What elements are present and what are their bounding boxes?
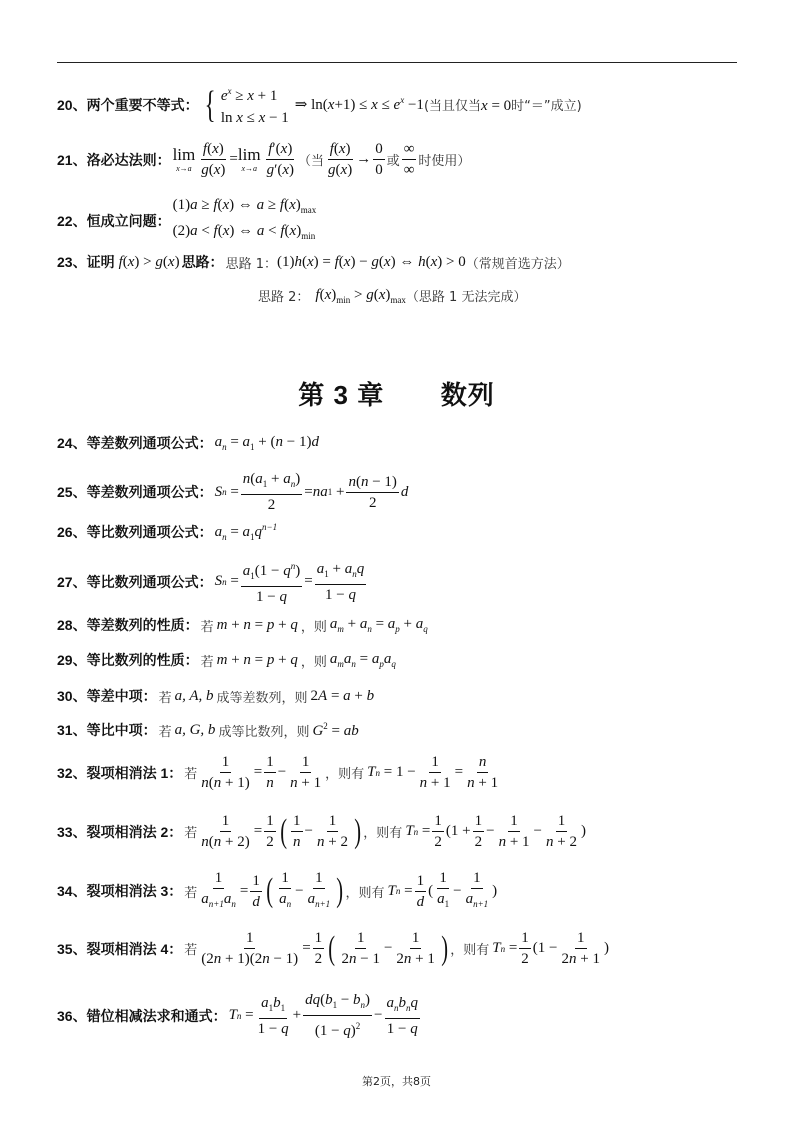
idea-1-note: （常规首选方法） — [466, 253, 570, 272]
item-label: 23、证明 — [57, 252, 115, 272]
then-text: ，则有 — [450, 939, 489, 958]
if-text: 若 — [184, 822, 197, 841]
item-label: 29、等比数列的性质： — [57, 650, 199, 670]
page-footer: 第2页，共8页 — [0, 1073, 793, 1089]
item-label: 33、裂项相消法 2： — [57, 822, 182, 842]
formula: an = a1 + (n − 1)d — [215, 434, 319, 452]
item-label: 32、裂项相消法 1： — [57, 763, 182, 783]
item-label: 31、等比中项： — [57, 720, 157, 740]
item-label: 30、等差中项： — [57, 686, 157, 706]
inequality-system: ex ≥ x + 1 ln x ≤ x − 1 — [221, 80, 289, 129]
then-text: ，则 — [301, 616, 327, 635]
constant-condition-rules: (1)a ≥ f(x) ⇔ a ≥ f(x)max (2)a < f(x) ⇔ … — [173, 195, 317, 247]
item-label: 24、等差数列通项公式： — [57, 433, 213, 453]
chapter-title: 数列 — [441, 375, 495, 412]
item-28: 28、等差数列的性质： 若 m + n = p + q ，则 am + an =… — [57, 615, 428, 635]
item-label: 21、洛必达法则： — [57, 150, 171, 170]
chapter-number: 第 3 章 — [298, 375, 384, 412]
then-text: ，则有 — [346, 882, 385, 901]
header-rule — [57, 62, 737, 63]
mid-text: 成等比数列，则 — [218, 721, 309, 740]
item-27: 27、等比数列通项公式： Sn = a1(1 − qn)1 − q = a1 +… — [57, 557, 368, 606]
idea-2-label: 思路 2： — [258, 286, 309, 305]
if-text: 若 — [201, 651, 214, 670]
proof-target: f(x) > g(x) — [119, 254, 180, 271]
item-23: 23、证明 f(x) > g(x) 思路： 思路 1： (1)h(x) = f(… — [57, 252, 570, 272]
item-label: 25、等差数列通项公式： — [57, 482, 213, 502]
idea-1-label: 思路 1： — [226, 253, 277, 272]
formula: Sn = n(a1 + an)2 = na1 + n(n − 1)2 d — [215, 470, 409, 514]
condition: m + n = p + q — [217, 617, 298, 634]
item-25: 25、等差数列通项公式： Sn = n(a1 + an)2 = na1 + n(… — [57, 470, 408, 514]
item-label: 26、等比数列通项公式： — [57, 522, 213, 542]
if-text: 若 — [159, 721, 172, 740]
inequality-note: (当且仅当x = 0时“＝”成立) — [424, 95, 582, 115]
result: am + an = ap + aq — [330, 616, 428, 634]
idea-1-formula: (1)h(x) = f(x) − g(x) ⇔ h(x) > 0 — [277, 254, 466, 271]
lhopital-formula: limx→a f(x)g(x) = limx→a f′(x)g′(x) （当 f… — [173, 140, 471, 179]
item-21: 21、洛必达法则： limx→a f(x)g(x) = limx→a f′(x)… — [57, 140, 470, 179]
variables: a, G, b — [175, 722, 216, 739]
formula: Tn = a1b11 − q+ dq(b1 − bn)(1 − q)2− anb… — [229, 991, 422, 1040]
item-36: 36、错位相减法求和通式： Tn = a1b11 − q+ dq(b1 − bn… — [57, 991, 422, 1040]
if-text: 若 — [184, 763, 197, 782]
item-label-suffix: 思路： — [182, 252, 224, 272]
left-brace: { — [204, 86, 215, 124]
variables: a, A, b — [175, 688, 214, 705]
result: 2A = a + b — [311, 688, 375, 705]
if-text: 若 — [184, 882, 197, 901]
formula: an = a1qn−1 — [215, 522, 278, 542]
if-text: 若 — [201, 616, 214, 635]
inequality-result: ⇒ ln(x+1) ≤ x ≤ ex −1 — [295, 95, 424, 114]
chapter-heading: 第 3 章 数列 — [0, 375, 793, 412]
formula: 1an+1an= 1d ( 1an− 1an+1 ) — [197, 869, 345, 913]
idea-2-note: （思路 1 无法完成） — [406, 286, 527, 305]
item-label: 34、裂项相消法 3： — [57, 881, 182, 901]
result: Tn = 12(1 − 12n + 1) — [492, 929, 609, 968]
then-text: ，则 — [301, 651, 327, 670]
item-label: 20、两个重要不等式： — [57, 95, 199, 115]
formula: 1n(n + 2)= 12 ( 1n− 1n + 2 ) — [197, 812, 363, 851]
result: aman = apaq — [330, 651, 396, 669]
item-label: 22、恒成立问题： — [57, 211, 171, 231]
item-label: 28、等差数列的性质： — [57, 615, 199, 635]
item-22: 22、恒成立问题： (1)a ≥ f(x) ⇔ a ≥ f(x)max (2)a… — [57, 195, 316, 247]
result: Tn = 1 − 1n + 1= nn + 1 — [367, 753, 502, 792]
result: Tn = 12(1 + 12− 1n + 1− 1n + 2) — [405, 812, 586, 851]
item-label: 27、等比数列通项公式： — [57, 572, 213, 592]
result: Tn = 1d( 1a1− 1an+1) — [388, 869, 498, 913]
formula: Sn = a1(1 − qn)1 − q = a1 + anq1 − q — [215, 557, 369, 606]
item-20: 20、两个重要不等式： { ex ≥ x + 1 ln x ≤ x − 1 ⇒ … — [57, 80, 582, 129]
item-32: 32、裂项相消法 1： 若 1n(n + 1)= 1n− 1n + 1 ，则有 … — [57, 753, 502, 792]
item-31: 31、等比中项： 若 a, G, b 成等比数列，则 G2 = ab — [57, 720, 359, 740]
item-24: 24、等差数列通项公式： an = a1 + (n − 1)d — [57, 433, 319, 453]
item-label: 36、错位相减法求和通式： — [57, 1006, 227, 1026]
item-33: 33、裂项相消法 2： 若 1n(n + 2)= 12 ( 1n− 1n + 2… — [57, 812, 586, 851]
formula: 1n(n + 1)= 1n− 1n + 1 — [197, 753, 325, 792]
item-34: 34、裂项相消法 3： 若 1an+1an= 1d ( 1an− 1an+1 )… — [57, 869, 497, 913]
mid-text: 成等差数列，则 — [217, 687, 308, 706]
then-text: ，则有 — [363, 822, 402, 841]
if-text: 若 — [184, 939, 197, 958]
item-35: 35、裂项相消法 4： 若 1(2n + 1)(2n − 1)= 12 ( 12… — [57, 929, 609, 968]
item-26: 26、等比数列通项公式： an = a1qn−1 — [57, 522, 277, 542]
idea-2-formula: f(x)min > g(x)max — [315, 287, 406, 305]
formula: 1(2n + 1)(2n − 1)= 12 ( 12n − 1− 12n + 1… — [197, 929, 450, 968]
item-label: 35、裂项相消法 4： — [57, 939, 182, 959]
item-29: 29、等比数列的性质： 若 m + n = p + q ，则 aman = ap… — [57, 650, 396, 670]
condition: m + n = p + q — [217, 652, 298, 669]
item-23-idea-2: 思路 2： f(x)min > g(x)max （思路 1 无法完成） — [258, 286, 526, 305]
item-30: 30、等差中项： 若 a, A, b 成等差数列，则 2A = a + b — [57, 686, 374, 706]
if-text: 若 — [159, 687, 172, 706]
then-text: ，则有 — [325, 763, 364, 782]
result: G2 = ab — [312, 721, 358, 740]
